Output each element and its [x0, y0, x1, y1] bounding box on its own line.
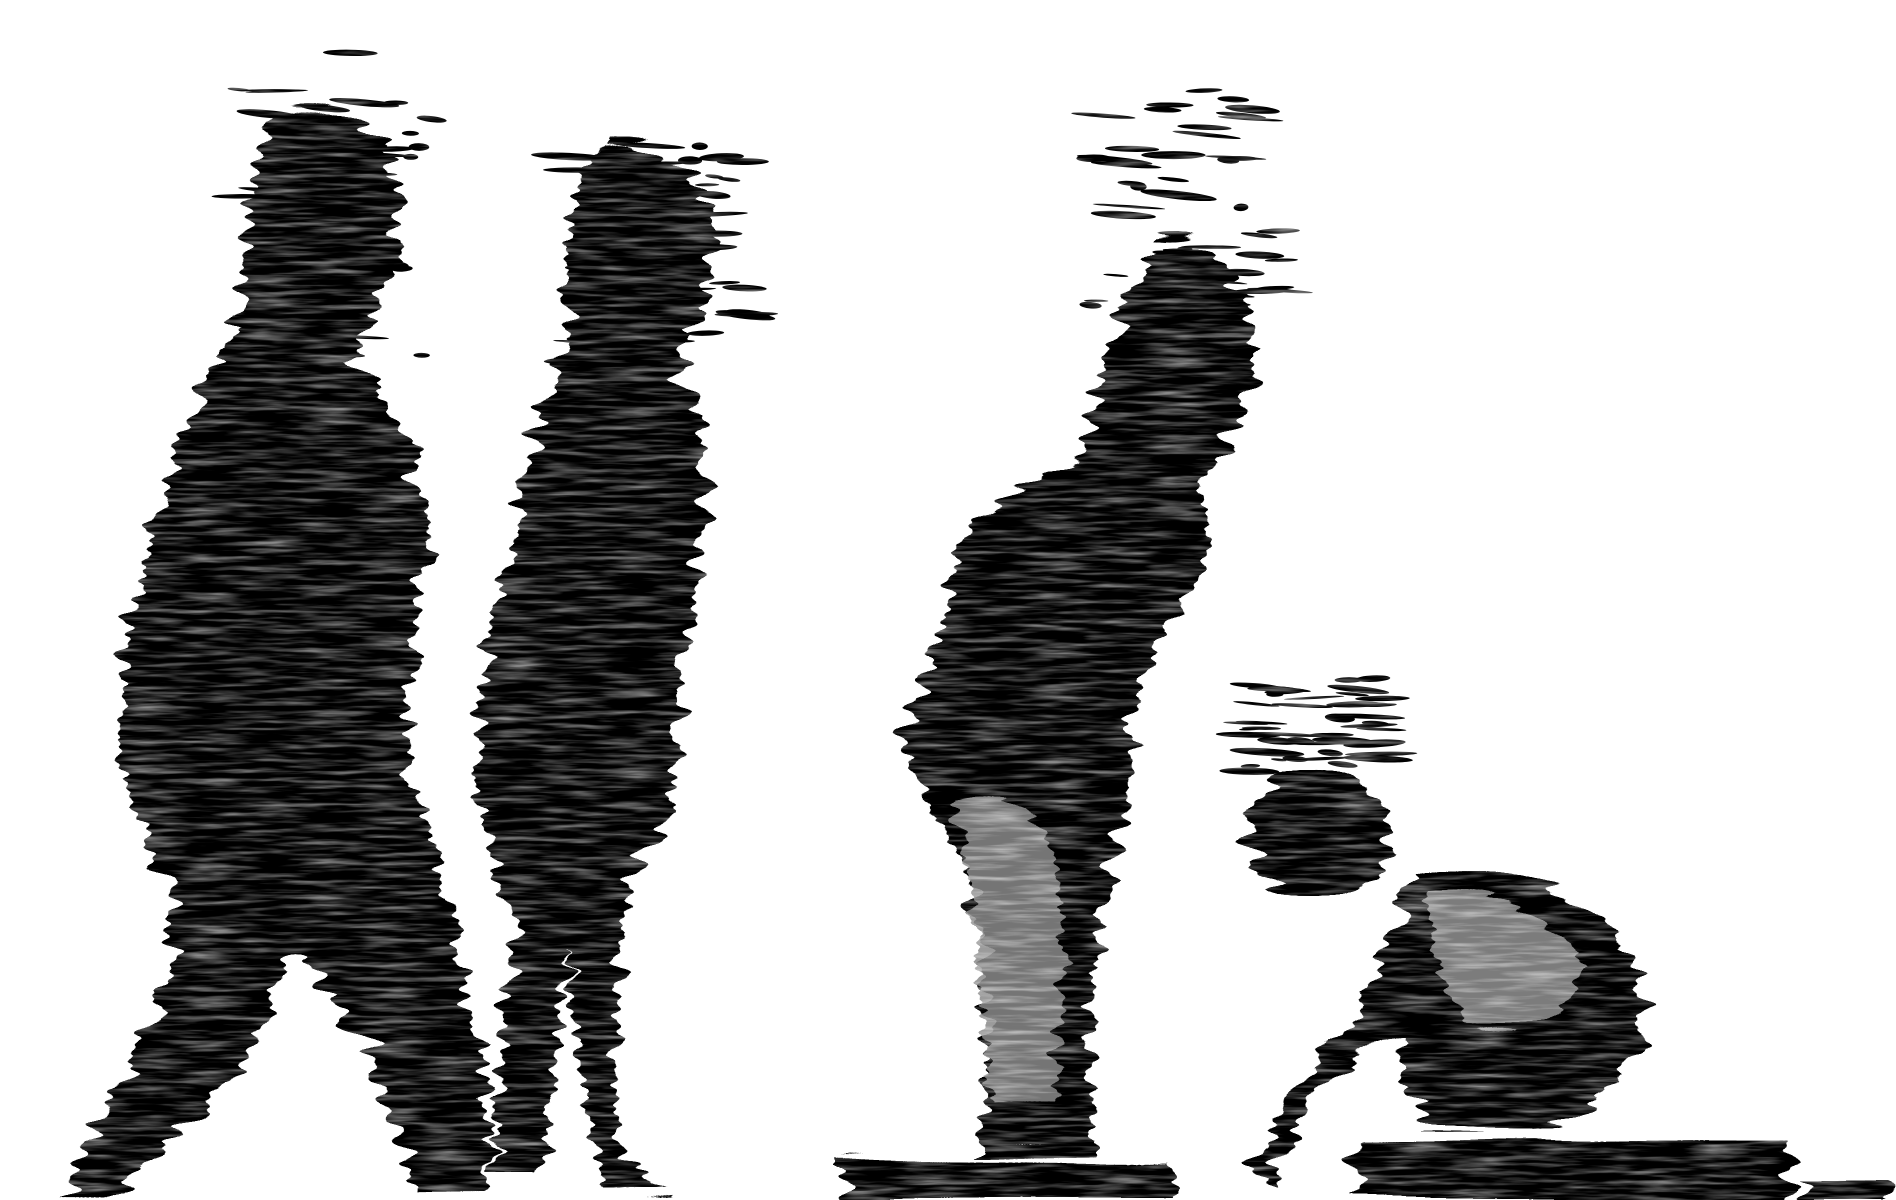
water-texture-overlay [0, 0, 1896, 1200]
water-reflection-photo [0, 0, 1896, 1200]
